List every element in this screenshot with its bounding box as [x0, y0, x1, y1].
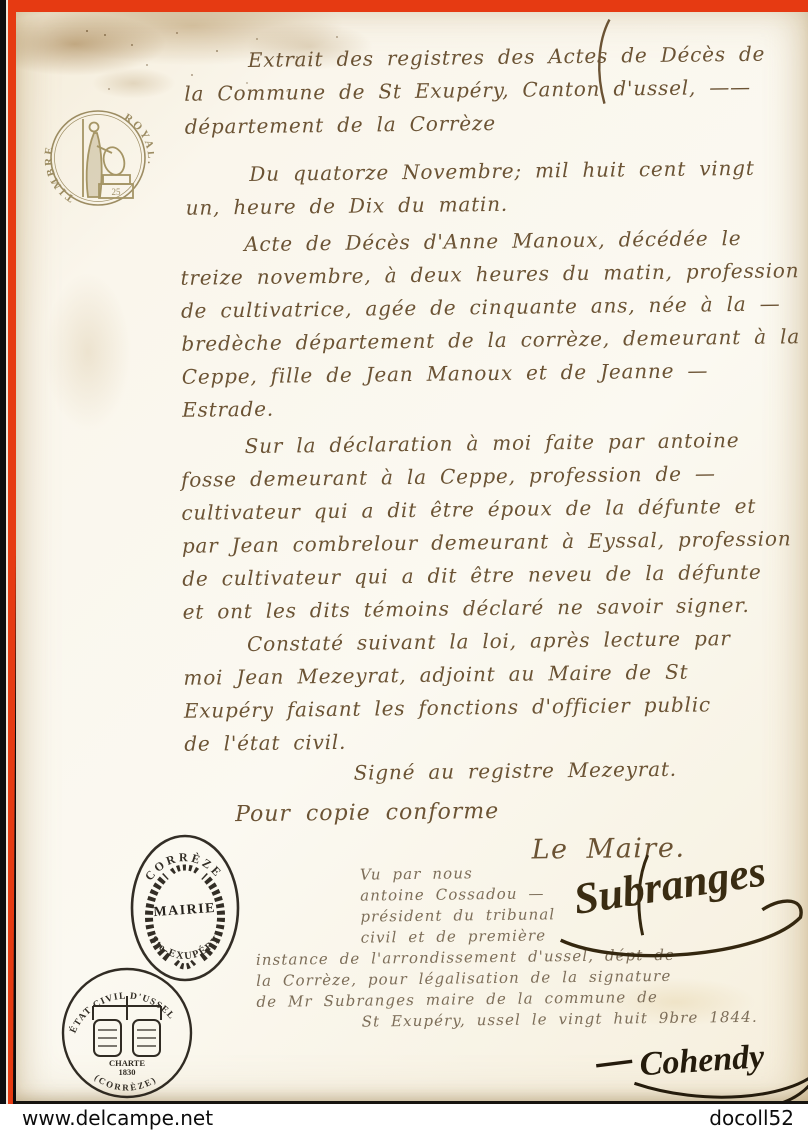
- handwritten-line: un, heure de Dix du matin.: [186, 185, 756, 225]
- handwritten-line: de l'état civil.: [184, 721, 732, 761]
- paragraph-extrait: Extrait des registres des Actes de Décès…: [184, 38, 766, 144]
- watermark-id: docoll52: [709, 1106, 794, 1130]
- handwritten-line: Du quatorze Novembre; mil huit cent ving…: [249, 152, 755, 191]
- document-paper: TIMBRE ROYAL. 25 Extrait d: [16, 12, 808, 1104]
- tribunal-stamp: ÉTAT CIVIL D'USSEL CHARTE 1830 (CORRÈZE): [58, 964, 196, 1102]
- mairie-center-text: MAIRIE: [153, 901, 217, 920]
- svg-text:Ste-EXUPÉRY: Ste-EXUPÉRY: [148, 933, 223, 962]
- handwritten-line: département de la Corrèze: [185, 104, 767, 144]
- paragraph-acte: Acte de Décès d'Anne Manoux, décédée le …: [180, 221, 801, 427]
- watermark-url: www.delcampe.net: [22, 1106, 213, 1130]
- president-signature-text: Cohendy: [638, 1038, 766, 1083]
- scanned-document: TIMBRE ROYAL. 25 Extrait d: [0, 0, 808, 1132]
- scales-of-justice-icon: [93, 996, 161, 1056]
- mairie-bottom-text: Ste-EXUPÉRY: [148, 933, 223, 962]
- watermark-bar: www.delcampe.net docoll52: [0, 1104, 808, 1132]
- mairie-stamp: CORRÈZE MAIRIE Ste-EXUPÉRY: [128, 832, 242, 984]
- tribunal-year-text: 1830: [119, 1067, 136, 1077]
- signed-register-line: Signé au registre Mezeyrat.: [353, 757, 677, 785]
- paragraph-constate: Constaté suivant la loi, après lecture p…: [183, 622, 732, 761]
- mayor-signature-text: Subranges: [570, 846, 768, 924]
- handwritten-line: Exupéry faisant les fonctions d'officier…: [184, 688, 732, 728]
- copy-conform-line: Pour copie conforme: [235, 799, 499, 827]
- paragraph-declaration: Sur la déclaration à moi faite par antoi…: [180, 423, 792, 628]
- president-signature: Cohendy: [590, 1023, 808, 1104]
- paragraph-date: Du quatorze Novembre; mil huit cent ving…: [185, 152, 755, 225]
- mayor-signature: Subranges: [548, 845, 808, 980]
